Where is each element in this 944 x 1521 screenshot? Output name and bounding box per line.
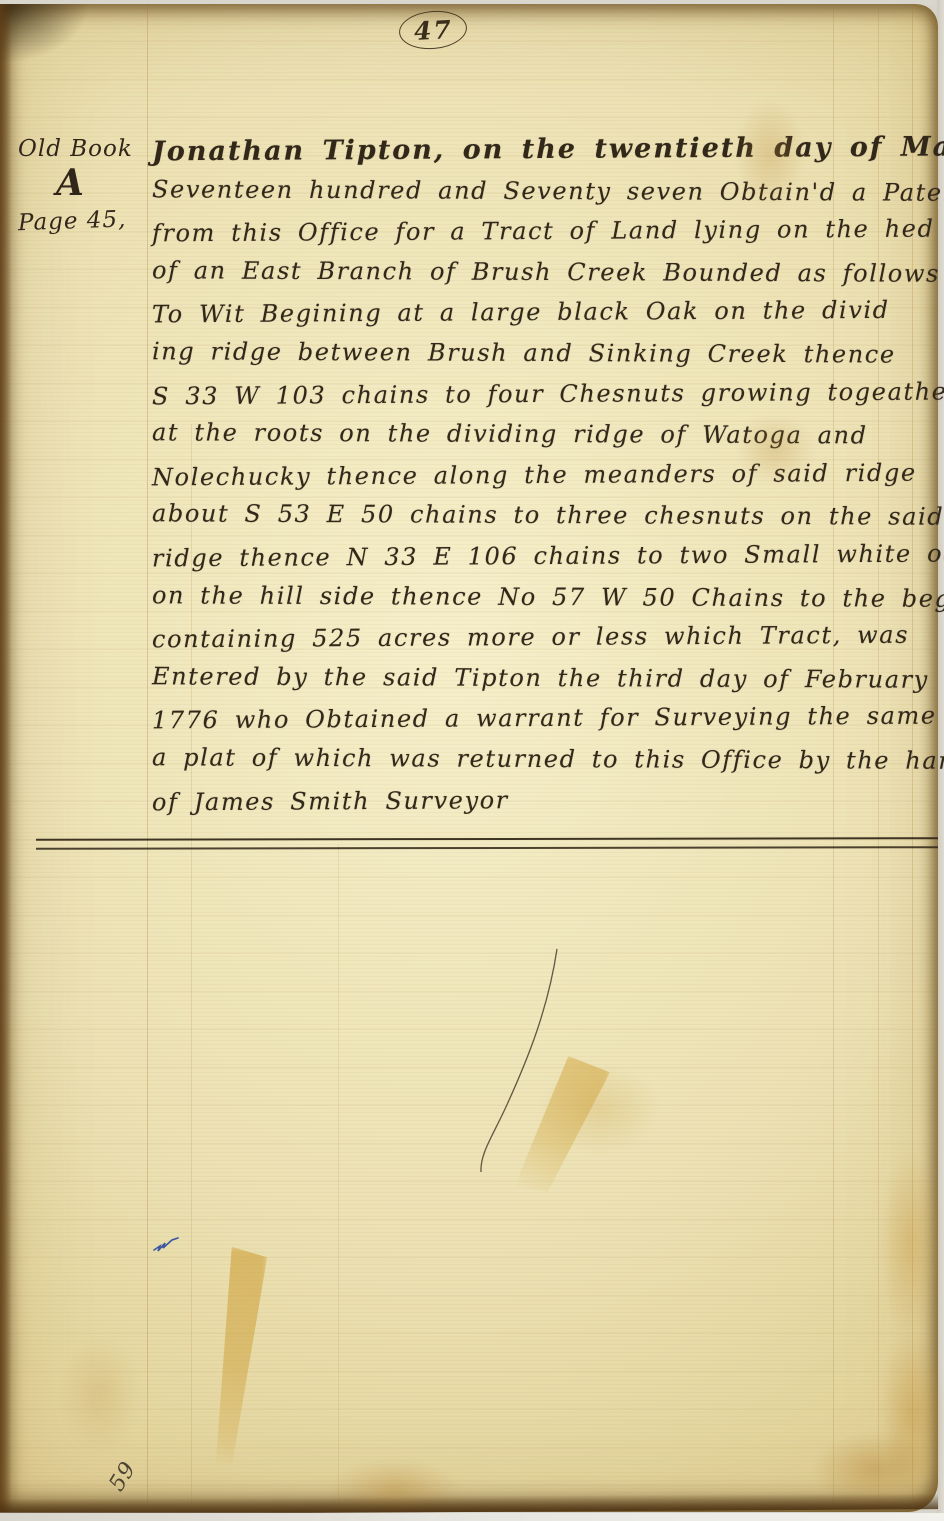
handwritten-line: Jonathan Tipton, on the twentieth day of… (152, 128, 930, 173)
handwritten-line: a plat of which was returned to this Off… (152, 737, 930, 781)
handwritten-line: To Wit Begining at a large black Oak on … (152, 290, 930, 335)
handwritten-line: from this Office for a Tract of Land lyi… (152, 209, 930, 254)
handwritten-line: containing 525 acres more or less which … (152, 615, 930, 660)
handwritten-line: S 33 W 103 chains to four Chesnuts growi… (152, 371, 930, 416)
handwritten-line: Nolechucky thence along the meanders of … (152, 452, 930, 497)
margin-note: Old Book A Page 45, (18, 136, 144, 234)
fold-crease-line (338, 844, 339, 1512)
book-letter: A (56, 164, 144, 202)
stain (880, 1334, 944, 1494)
burned-corner (0, 4, 90, 64)
handwritten-line: ridge thence N 33 E 106 chains to two Sm… (152, 534, 930, 579)
pencil-number: 59 (104, 1457, 141, 1496)
handwritten-line: about S 53 E 50 chains to three chesnuts… (152, 494, 930, 538)
handwritten-line: Seventeen hundred and Seventy seven Obta… (152, 169, 930, 213)
page-number: 47 (413, 15, 453, 46)
page-number-badge: 47 (397, 8, 468, 52)
scanned-page-background: 47 Old Book A Page 45, Jonathan Tipton, … (0, 0, 944, 1521)
old-book-label: Old Book (18, 136, 144, 162)
handwritten-line: ing ridge between Brush and Sinking Cree… (152, 331, 930, 375)
page-left-edge (0, 4, 12, 1512)
section-divider (36, 837, 938, 850)
stain (198, 1246, 267, 1467)
deed-entry-text: Jonathan Tipton, on the twentieth day of… (152, 130, 930, 820)
page-bottom-edge (0, 1493, 938, 1515)
page-ref: Page 45, (18, 206, 145, 236)
scanner-background-bottom (0, 1513, 944, 1521)
handwritten-line: Entered by the said Tipton the third day… (152, 656, 930, 700)
handwritten-line: of an East Branch of Brush Creek Bounded… (152, 250, 930, 294)
stain (60, 1334, 140, 1454)
ruled-margin-line (147, 4, 148, 1512)
handwritten-line: on the hill side thence No 57 W 50 Chain… (152, 575, 930, 619)
stain (540, 1064, 660, 1154)
handwritten-line: 1776 who Obtained a warrant for Surveyin… (152, 696, 930, 741)
deed-book-page: 47 Old Book A Page 45, Jonathan Tipton, … (0, 4, 938, 1512)
handwritten-line: at the roots on the dividing ridge of Wa… (152, 412, 930, 456)
stain (880, 1154, 940, 1334)
stain (506, 1056, 610, 1192)
blue-ink-mark (150, 1234, 184, 1256)
handwritten-line: of James Smith Surveyor (152, 777, 930, 822)
